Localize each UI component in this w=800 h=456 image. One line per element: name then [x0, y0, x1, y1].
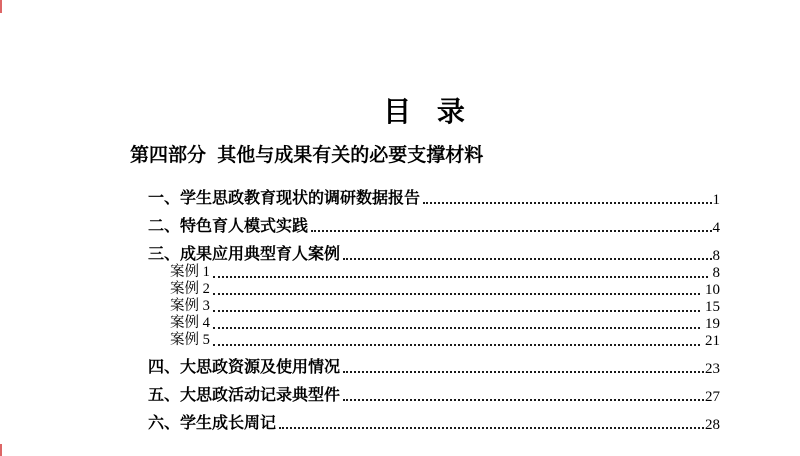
toc-entry-label: 五、大思政活动记录典型件 [130, 387, 340, 405]
dot-leader [213, 276, 708, 278]
toc-entry-page-number: 21 [705, 333, 720, 350]
dot-leader [343, 258, 711, 260]
toc-entry-label: 案例 2 [130, 281, 210, 298]
dot-leader [213, 327, 700, 329]
toc-entry-label: 三、成果应用典型育人案例 [130, 246, 340, 264]
dot-leader [213, 344, 700, 346]
toc-entry-page-number: 28 [705, 417, 720, 434]
toc-title: 目 录 [130, 94, 720, 130]
dot-leader [279, 427, 704, 429]
toc-entry-page-number: 15 [705, 299, 720, 316]
toc-entry-label: 案例 5 [130, 332, 210, 349]
toc-entry-label: 二、特色育人模式实践 [130, 218, 308, 236]
toc-entry-main-8[interactable]: 四、大思政资源及使用情况 23 [130, 349, 720, 377]
toc-entry-main-2[interactable]: 三、成果应用典型育人案例 8 [130, 236, 720, 264]
toc-entry-page-number: 8 [713, 248, 721, 265]
toc-entry-sub-5[interactable]: 案例 3 15 [130, 298, 720, 315]
toc-list: 一、学生思政教育现状的调研数据报告 1 二、特色育人模式实践 4 三、成果应用典… [130, 180, 720, 433]
red-edge-mark-top [0, 0, 2, 13]
red-edge-mark-bottom [0, 444, 2, 456]
toc-entry-label: 案例 1 [130, 264, 210, 281]
toc-entry-sub-6[interactable]: 案例 4 19 [130, 315, 720, 332]
toc-entry-page-number: 19 [705, 316, 720, 333]
toc-entry-main-9[interactable]: 五、大思政活动记录典型件 27 [130, 377, 720, 405]
toc-entry-main-1[interactable]: 二、特色育人模式实践 4 [130, 208, 720, 236]
dot-leader [423, 202, 711, 204]
toc-entry-main-0[interactable]: 一、学生思政教育现状的调研数据报告 1 [130, 180, 720, 208]
dot-leader [343, 371, 704, 373]
toc-entry-page-number: 10 [705, 282, 720, 299]
toc-entry-label: 案例 4 [130, 315, 210, 332]
toc-entry-main-10[interactable]: 六、学生成长周记 28 [130, 405, 720, 433]
toc-entry-label: 四、大思政资源及使用情况 [130, 359, 340, 377]
toc-entry-page-number: 4 [713, 220, 721, 237]
toc-entry-label: 一、学生思政教育现状的调研数据报告 [130, 190, 420, 208]
toc-entry-sub-7[interactable]: 案例 5 21 [130, 332, 720, 349]
toc-entry-page-number: 27 [705, 389, 720, 406]
toc-entry-page-number: 1 [713, 192, 721, 209]
dot-leader [343, 399, 704, 401]
toc-entry-page-number: 23 [705, 361, 720, 378]
dot-leader [311, 230, 711, 232]
toc-entry-label: 六、学生成长周记 [130, 415, 276, 433]
document-page: 目 录 第四部分 其他与成果有关的必要支撑材料 一、学生思政教育现状的调研数据报… [0, 0, 800, 456]
toc-entry-sub-4[interactable]: 案例 2 10 [130, 281, 720, 298]
dot-leader [213, 310, 700, 312]
dot-leader [213, 293, 700, 295]
toc-entry-label: 案例 3 [130, 298, 210, 315]
section-heading: 第四部分 其他与成果有关的必要支撑材料 [130, 142, 483, 169]
toc-entry-sub-3[interactable]: 案例 1 8 [130, 264, 720, 281]
toc-entry-page-number: 8 [713, 265, 721, 282]
